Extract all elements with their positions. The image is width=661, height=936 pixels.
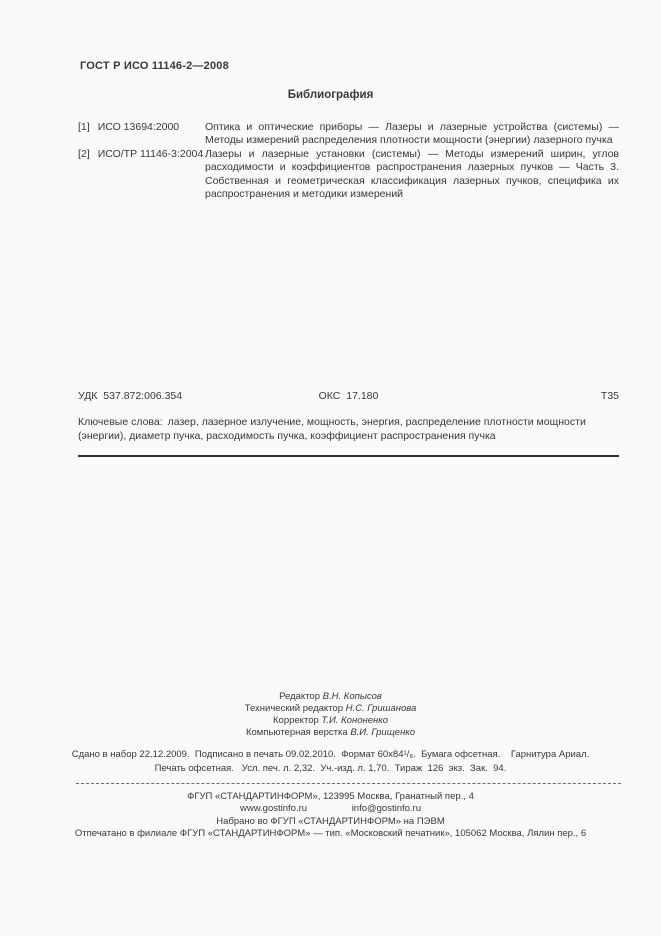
credit-name: Т.И. Кононенко [321,715,388,726]
publisher-website: www.gostinfo.ru [240,803,307,815]
classification-row: УДК 537.872:006.354 ОКС 17.180 Т35 [78,390,619,402]
credit-role: Компьютерная верстка [246,727,348,738]
credits-block: Редактор В.Н. Копысов Технический редакт… [0,691,661,739]
imprint-line: Печать офсетная. Усл. печ. л. 2,32. Уч.-… [0,762,661,776]
credit-line: Редактор В.Н. Копысов [0,691,661,703]
solid-divider [78,455,619,457]
document-page: { "header": { "doc_code": "ГОСТ Р ИСО 11… [0,0,661,936]
ref-number: [2] [78,148,90,160]
udk-code: УДК 537.872:006.354 [78,390,319,402]
credit-name: Н.С. Гришанова [346,703,417,714]
ref-designation: ИСО 13694:2000 [98,121,179,133]
imprint-block: Сдано в набор 22.12.2009. Подписано в пе… [0,748,661,775]
credit-role: Корректор [273,715,319,726]
bibliography-text: Оптика и оптические приборы — Лазеры и л… [205,121,619,148]
bibliography-list: [1]ИСО 13694:2000 Оптика и оптические пр… [78,121,619,201]
bibliography-entry: [1]ИСО 13694:2000 Оптика и оптические пр… [78,121,619,148]
credit-role: Редактор [279,691,320,702]
bibliography-text: Лазеры и лазерные установки (системы) — … [205,148,619,202]
imprint-line: Сдано в набор 22.12.2009. Подписано в пе… [0,748,661,762]
ref-number: [1] [78,121,90,133]
bibliography-entry: [2]ИСО/ТР 11146-3:2004 Лазеры и лазерные… [78,148,619,202]
publisher-email: info@gostinfo.ru [352,803,421,815]
bibliography-ref: [2]ИСО/ТР 11146-3:2004 [78,148,205,202]
keywords-paragraph: Ключевые слова:лазер, лазерное излучение… [78,416,619,443]
credit-line: Корректор Т.И. Кононенко [0,715,661,727]
credit-name: В.Н. Копысов [323,691,382,702]
publisher-address: ФГУП «СТАНДАРТИНФОРМ», 123995 Москва, Гр… [0,791,661,803]
bibliography-ref: [1]ИСО 13694:2000 [78,121,205,148]
keywords-label: Ключевые слова: [78,416,163,428]
publisher-typeset: Набрано во ФГУП «СТАНДАРТИНФОРМ» на ПЭВМ [0,816,661,828]
publisher-contacts: www.gostinfo.ru info@gostinfo.ru [0,803,661,815]
credit-line: Компьютерная верстка В.И. Грищенко [0,727,661,739]
ref-designation: ИСО/ТР 11146-3:2004 [98,148,204,160]
section-title: Библиография [0,89,661,101]
credit-name: В.И. Грищенко [350,727,415,738]
index-code: Т35 [601,390,619,402]
credit-line: Технический редактор Н.С. Гришанова [0,703,661,715]
credit-role: Технический редактор [245,703,343,714]
doc-code: ГОСТ Р ИСО 11146-2—2008 [80,60,229,72]
dashed-divider [76,783,621,784]
publisher-block: ФГУП «СТАНДАРТИНФОРМ», 123995 Москва, Гр… [0,791,661,841]
oks-code: ОКС 17.180 [319,390,379,402]
publisher-printed: Отпечатано в филиале ФГУП «СТАНДАРТИНФОР… [0,828,661,840]
